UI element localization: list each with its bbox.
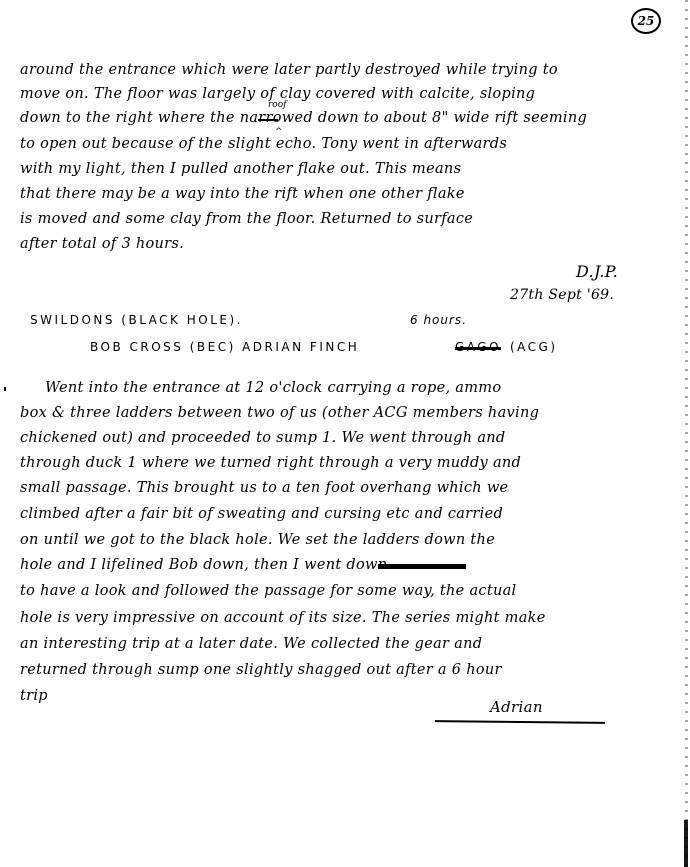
entry-2-location-heading: SWILDONS (BLACK HOLE). xyxy=(30,313,243,327)
entry-1-line: after total of 3 hours. xyxy=(20,236,184,252)
entry-2-line: hole is very impressive on account of it… xyxy=(20,610,546,626)
entry-2-line: small passage. This brought us to a ten … xyxy=(20,480,508,496)
entry-2-participants: BOB CROSS (BEC) ADRIAN FINCH xyxy=(90,340,359,354)
insertion-above-line: roof xyxy=(268,100,286,110)
page-number-badge: 25 xyxy=(631,8,661,34)
entry-2-line: to have a look and followed the passage … xyxy=(20,583,516,599)
entry-1-signature: D.J.P. xyxy=(576,262,618,281)
entry-2-participants-club: (ACG) xyxy=(510,340,558,354)
entry-2-line: through duck 1 where we turned right thr… xyxy=(20,455,521,471)
entry-2-line: on until we got to the black hole. We se… xyxy=(20,532,495,548)
entry-2-line: box & three ladders between two of us (o… xyxy=(20,405,539,421)
entry-2-line: trip xyxy=(20,688,48,704)
scan-edge-artifact xyxy=(685,0,688,867)
entry-1-line: to open out because of the slight echo. … xyxy=(20,136,507,152)
signature-underline xyxy=(435,720,605,724)
entry-2-line: climbed after a fair bit of sweating and… xyxy=(20,506,503,522)
scan-edge-artifact-bottom xyxy=(684,820,688,867)
scribbled-out-words xyxy=(378,564,466,569)
entry-1-line: down to the right where the narrowed dow… xyxy=(20,110,587,126)
entry-2-line: chickened out) and proceeded to sump 1. … xyxy=(20,430,505,446)
entry-2-duration: 6 hours. xyxy=(410,313,467,327)
logbook-page: 25 around the entrance which were later … xyxy=(0,0,690,867)
entry-1-line: is moved and some clay from the floor. R… xyxy=(20,211,473,227)
strikethrough-mark xyxy=(258,119,278,121)
entry-2-signature: Adrian xyxy=(490,698,543,716)
entry-2-line: returned through sump one slightly shagg… xyxy=(20,662,502,678)
entry-1-date: 27th Sept '69. xyxy=(510,287,614,303)
entry-2-line: an interesting trip at a later date. We … xyxy=(20,636,482,652)
entry-1-line: around the entrance which were later par… xyxy=(20,62,558,78)
entry-1-line: with my light, then I pulled another fla… xyxy=(20,161,461,177)
entry-2-line: Went into the entrance at 12 o'clock car… xyxy=(45,380,501,396)
stray-ink-mark xyxy=(4,387,6,391)
entry-1-line: that there may be a way into the rift wh… xyxy=(20,186,465,202)
strikethrough-mark xyxy=(455,347,501,350)
entry-2-line: hole and I lifelined Bob down, then I we… xyxy=(20,557,387,573)
